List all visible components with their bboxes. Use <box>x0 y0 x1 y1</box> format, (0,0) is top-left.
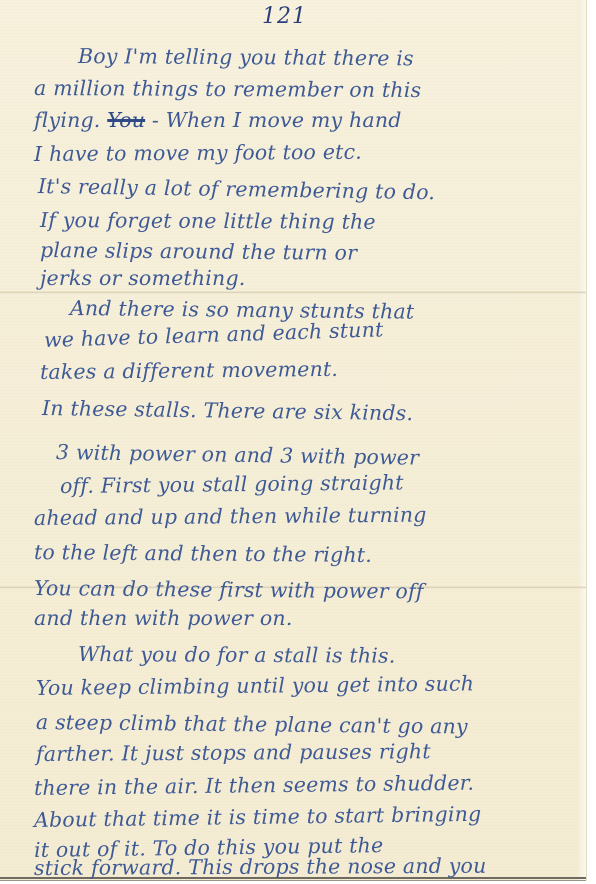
handwritten-line: In these stalls. There are six kinds. <box>42 396 414 425</box>
handwritten-line: What you do for a stall is this. <box>78 642 396 668</box>
handwritten-line: flying. You - When I move my hand <box>34 108 402 132</box>
page-number: 121 <box>262 4 307 29</box>
handwritten-text: - When I move my hand <box>145 108 401 132</box>
handwritten-line: It's really a lot of remembering to do. <box>38 174 435 204</box>
handwritten-line: stick forward. This drops the nose and y… <box>34 854 487 880</box>
handwritten-text: flying. <box>34 108 107 132</box>
handwritten-line: there in the air. It then seems to shudd… <box>34 771 474 800</box>
handwritten-line: we have to learn and each stunt <box>44 317 384 352</box>
fold-line <box>0 291 586 294</box>
handwritten-line: 3 with power on and 3 with power <box>56 440 420 470</box>
handwritten-line: a million things to remember on this <box>34 76 421 102</box>
handwritten-line: Boy I'm telling you that there is <box>78 44 414 70</box>
handwritten-line: takes a different movement. <box>40 357 338 384</box>
handwritten-line: You can do these first with power off <box>34 576 424 603</box>
letter-page: 121 Boy I'm telling you that there is a … <box>0 0 586 880</box>
handwritten-line: plane slips around the turn or <box>40 238 357 265</box>
struck-word: You <box>107 108 145 132</box>
handwritten-line: I have to move my foot too etc. <box>34 140 362 166</box>
handwritten-line: About that time it is time to start brin… <box>34 802 482 832</box>
handwritten-line: jerks or something. <box>40 266 245 290</box>
handwritten-line: ahead and up and then while turning <box>34 503 427 530</box>
handwritten-line: a steep climb that the plane can't go an… <box>36 710 468 739</box>
handwritten-line: farther. It just stops and pauses right <box>36 739 431 766</box>
handwritten-line: and then with power on. <box>34 606 293 630</box>
handwritten-line: off. First you stall going straight <box>60 470 404 498</box>
handwritten-line: If you forget one little thing the <box>40 208 376 234</box>
paper-edge <box>578 0 586 880</box>
handwritten-line: You keep climbing until you get into suc… <box>36 671 474 700</box>
handwritten-line: to the left and then to the right. <box>34 540 372 567</box>
